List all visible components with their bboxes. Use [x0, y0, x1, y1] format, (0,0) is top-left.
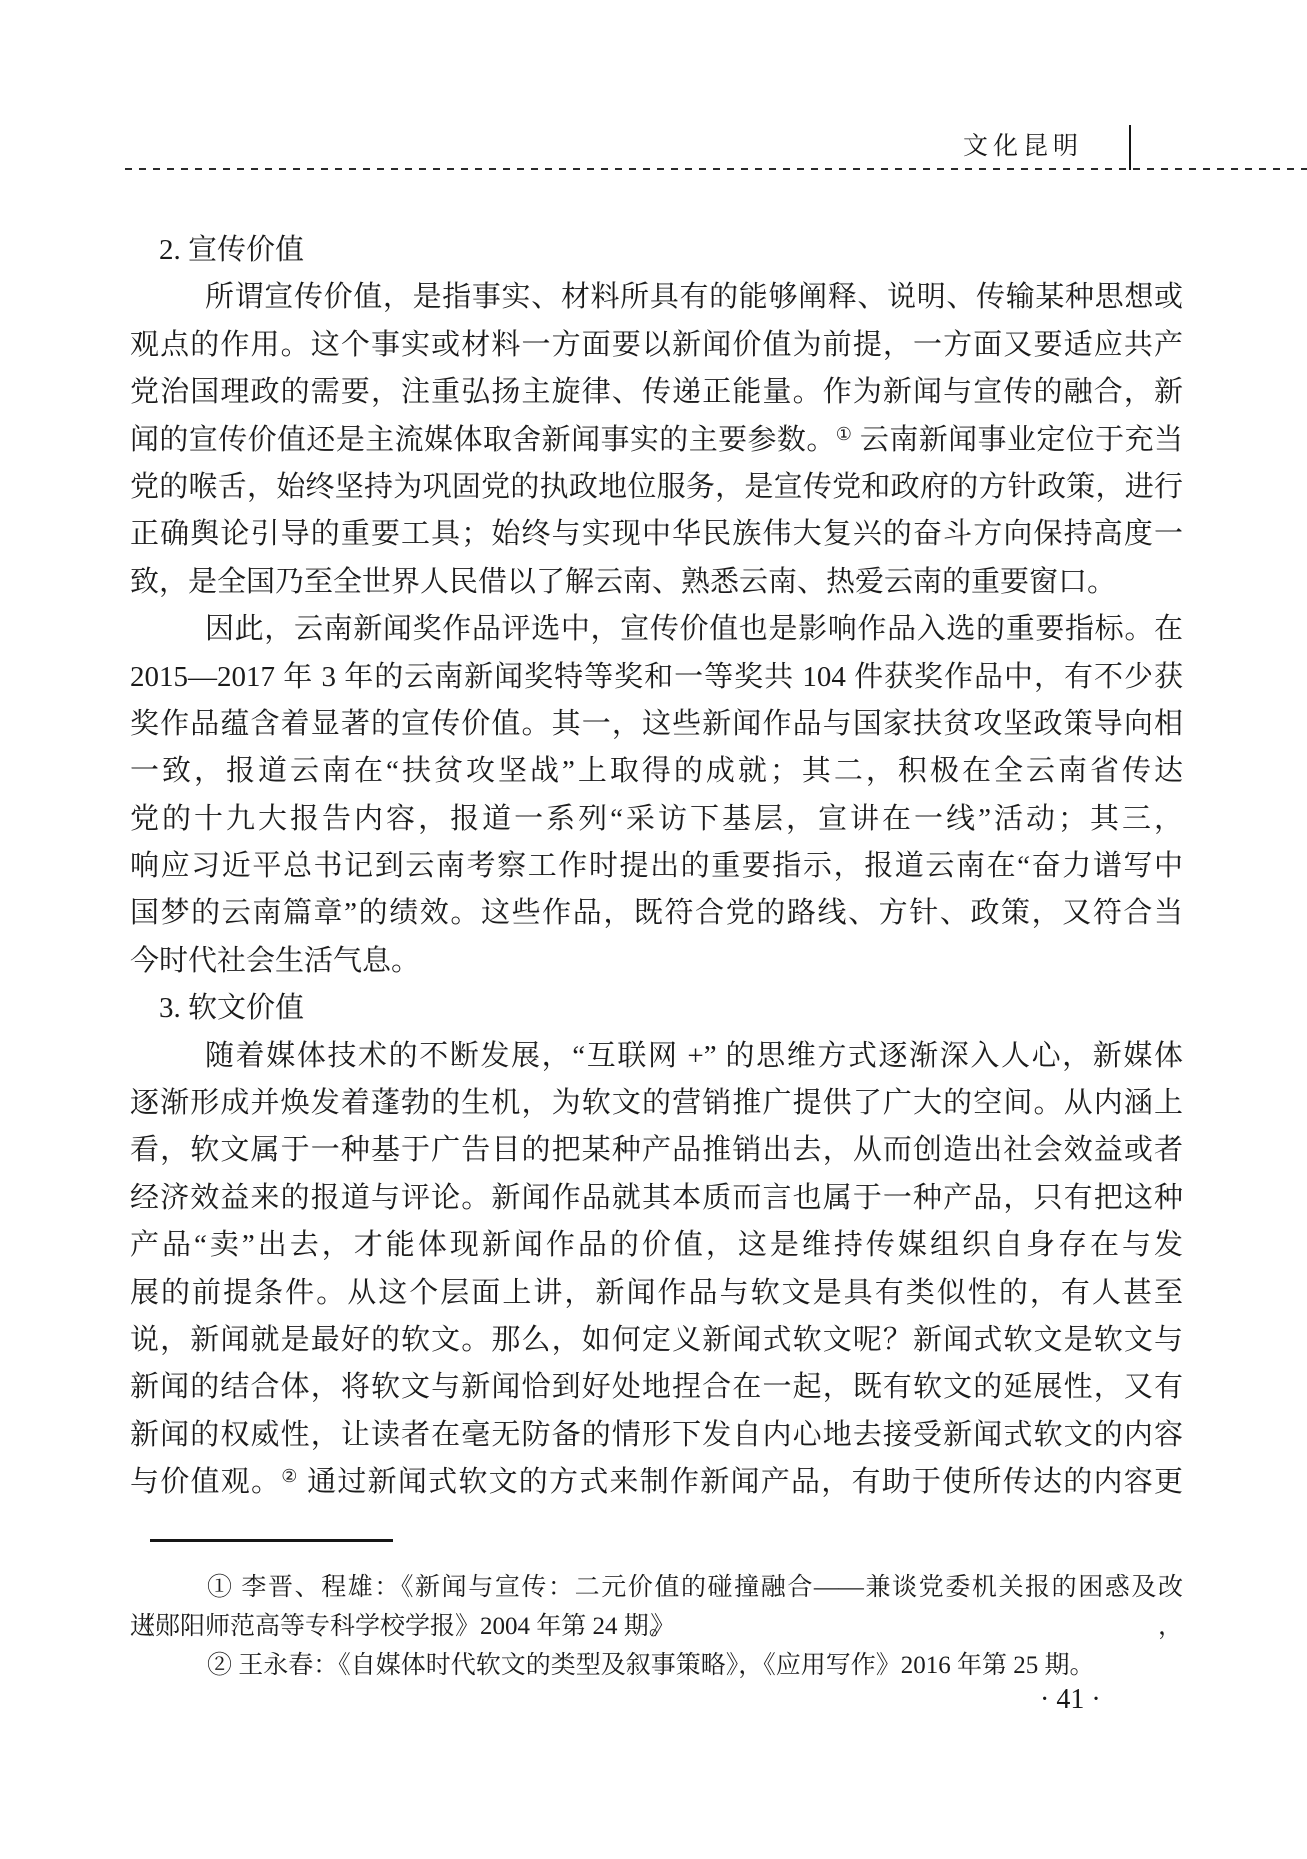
body-line: 奖作品蕴含着显著的宣传价值。其一，这些新闻作品与国家扶贫攻坚政策导向相 — [130, 701, 1183, 748]
section-heading: 3. 软文价值 — [130, 985, 1183, 1032]
body-line: 看，软文属于一种基于广告目的把某种产品推销出去，从而创造出社会效益或者 — [130, 1127, 1183, 1174]
body-line: 产品“卖”出去，才能体现新闻作品的价值，这是维持传媒组织自身存在与发 — [130, 1222, 1183, 1269]
body-line: 与价值观。② 通过新闻式软文的方式来制作新闻产品，有助于使所传达的内容更 — [130, 1459, 1183, 1506]
body-line: 今时代社会生活气息。 — [130, 938, 1183, 985]
body-line: 正确舆论引导的重要工具；始终与实现中华民族伟大复兴的奋斗方向保持高度一 — [130, 511, 1183, 558]
body-line: 2015—2017 年 3 年的云南新闻奖特等奖和一等奖共 104 件获奖作品中… — [130, 654, 1183, 701]
body-line: 说，新闻就是最好的软文。那么，如何定义新闻式软文呢？新闻式软文是软文与 — [130, 1317, 1183, 1364]
footnote-separator-rule — [150, 1539, 393, 1542]
body-line: 一致，报道云南在“扶贫攻坚战”上取得的成就；其二，积极在全云南省传达 — [130, 748, 1183, 795]
header-dashed-rule — [125, 168, 1307, 170]
body-line: 所谓宣传价值，是指事实、材料所具有的能够阐释、说明、传输某种思想或 — [130, 274, 1183, 321]
body-text: 2. 宣传价值所谓宣传价值，是指事实、材料所具有的能够阐释、说明、传输某种思想或… — [130, 227, 1183, 1507]
section-heading: 2. 宣传价值 — [130, 227, 1183, 274]
body-line: 致，是全国乃至全世界人民借以了解云南、熟悉云南、热爱云南的重要窗口。 — [130, 559, 1183, 606]
body-line: 随着媒体技术的不断发展，“互联网 +” 的思维方式逐渐深入人心，新媒体 — [130, 1033, 1183, 1080]
body-line: 国梦的云南篇章”的绩效。这些作品，既符合党的路线、方针、政策，又符合当 — [130, 890, 1183, 937]
body-line: 新闻的权威性，让读者在毫无防备的情形下发自内心地去接受新闻式软文的内容 — [130, 1412, 1183, 1459]
body-line: 经济效益来的报道与评论。新闻作品就其本质而言也属于一种产品，只有把这种 — [130, 1175, 1183, 1222]
footnote-line: ① 李晋、程雄：《新闻与宣传：二元价值的碰撞融合——兼谈党委机关报的困惑及改进》… — [130, 1568, 1183, 1607]
page-number: · 41 · — [1040, 1684, 1101, 1716]
body-line: 党的喉舌，始终坚持为巩固党的执政地位服务，是宣传党和政府的方针政策，进行 — [130, 464, 1183, 511]
body-line: 新闻的结合体，将软文与新闻恰到好处地捏合在一起，既有软文的延展性，又有 — [130, 1364, 1183, 1411]
body-line: 逐渐形成并焕发着蓬勃的生机，为软文的营销推广提供了广大的空间。从内涵上 — [130, 1080, 1183, 1127]
body-line: 党治国理政的需要，注重弘扬主旋律、传递正能量。作为新闻与宣传的融合，新 — [130, 369, 1183, 416]
body-line: 展的前提条件。从这个层面上讲，新闻作品与软文是具有类似性的，有人甚至 — [130, 1270, 1183, 1317]
body-line: 党的十九大报告内容，报道一系列“采访下基层，宣讲在一线”活动；其三， — [130, 796, 1183, 843]
body-line: 响应习近平总书记到云南考察工作时提出的重要指示，报道云南在“奋力谱写中 — [130, 843, 1183, 890]
running-header-title: 文化昆明 — [963, 131, 1083, 163]
body-line: 观点的作用。这个事实或材料一方面要以新闻价值为前提，一方面又要适应共产 — [130, 322, 1183, 369]
document-page: 文化昆明 2. 宣传价值所谓宣传价值，是指事实、材料所具有的能够阐释、说明、传输… — [0, 0, 1307, 1859]
footnote-reference-marker: ② — [281, 1466, 298, 1486]
footnotes: ① 李晋、程雄：《新闻与宣传：二元价值的碰撞融合——兼谈党委机关报的困惑及改进》… — [130, 1568, 1183, 1685]
footnote-line: ② 王永春：《自媒体时代软文的类型及叙事策略》，《应用写作》2016 年第 25… — [130, 1646, 1183, 1685]
header-vertical-rule — [1129, 125, 1131, 170]
body-line: 因此，云南新闻奖作品评选中，宣传价值也是影响作品入选的重要指标。在 — [130, 606, 1183, 653]
body-line: 闻的宣传价值还是主流媒体取舍新闻事实的主要参数。① 云南新闻事业定位于充当 — [130, 417, 1183, 464]
footnote-reference-marker: ① — [836, 424, 853, 444]
